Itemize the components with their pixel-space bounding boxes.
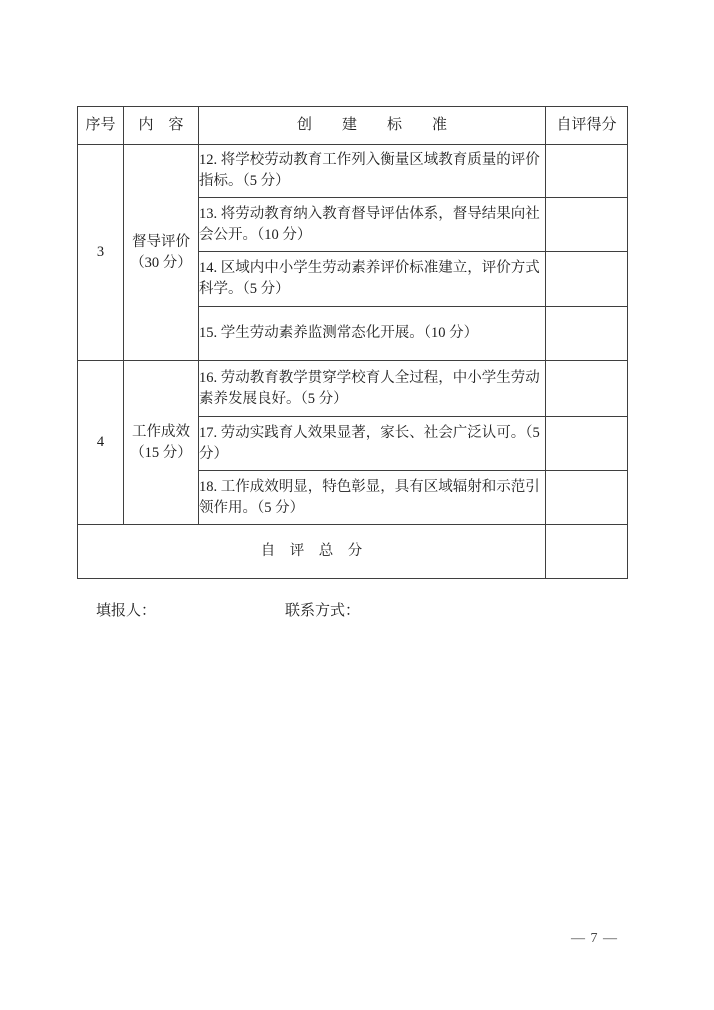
- score-cell: [546, 307, 628, 361]
- criterion-row: 4 工作成效 （15 分） 16. 劳动教育教学贯穿学校育人全过程，中小学生劳动…: [78, 361, 628, 417]
- criterion-text: 14. 区域内中小学生劳动素养评价标准建立，评价方式科学。（5 分）: [199, 252, 546, 307]
- group-index: 3: [78, 145, 124, 361]
- score-cell: [546, 252, 628, 307]
- evaluation-table: 序号 内 容 创 建 标 准 自评得分 3 督导评价 （30 分） 12. 将学…: [77, 106, 628, 579]
- self-eval-total-score-cell: [546, 525, 628, 579]
- score-cell: [546, 361, 628, 417]
- page-number: — 7 —: [571, 931, 618, 947]
- score-cell: [546, 198, 628, 252]
- group-content: 工作成效 （15 分）: [124, 361, 199, 525]
- criterion-text: 18. 工作成效明显，特色彰显，具有区域辐射和示范引领作用。（5 分）: [199, 471, 546, 525]
- score-cell: [546, 145, 628, 198]
- criterion-text: 16. 劳动教育教学贯穿学校育人全过程，中小学生劳动素养发展良好。（5 分）: [199, 361, 546, 417]
- contact-label: 联系方式：: [285, 601, 360, 621]
- criterion-text: 13. 将劳动教育纳入教育督导评估体系，督导结果向社会公开。（10 分）: [199, 198, 546, 252]
- header-index: 序号: [78, 107, 124, 145]
- document-page: 序号 内 容 创 建 标 准 自评得分 3 督导评价 （30 分） 12. 将学…: [0, 0, 714, 1010]
- criterion-text: 15. 学生劳动素养监测常态化开展。（10 分）: [199, 307, 546, 361]
- filler-label: 填报人：: [96, 601, 156, 621]
- group-index: 4: [78, 361, 124, 525]
- header-content: 内 容: [124, 107, 199, 145]
- criterion-row: 3 督导评价 （30 分） 12. 将学校劳动教育工作列入衡量区域教育质量的评价…: [78, 145, 628, 198]
- criterion-text: 17. 劳动实践育人效果显著，家长、社会广泛认可。（5 分）: [199, 417, 546, 471]
- header-standard: 创 建 标 准: [199, 107, 546, 145]
- header-score: 自评得分: [546, 107, 628, 145]
- header-row: 序号 内 容 创 建 标 准 自评得分: [78, 107, 628, 145]
- score-cell: [546, 417, 628, 471]
- group-content: 督导评价 （30 分）: [124, 145, 199, 361]
- self-eval-total-label: 自 评 总 分: [78, 525, 546, 579]
- self-eval-total-row: 自 评 总 分: [78, 525, 628, 579]
- criterion-text: 12. 将学校劳动教育工作列入衡量区域教育质量的评价指标。（5 分）: [199, 145, 546, 198]
- score-cell: [546, 471, 628, 525]
